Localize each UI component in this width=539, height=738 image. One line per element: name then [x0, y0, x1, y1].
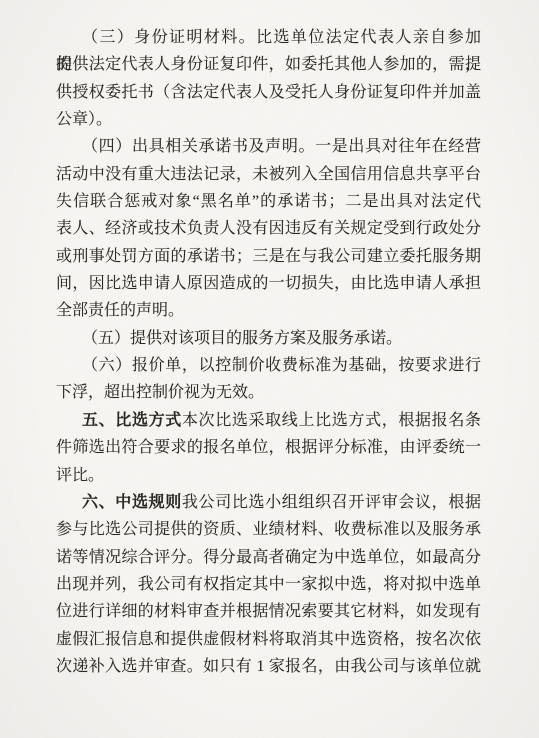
text-line: 评比。 [56, 462, 481, 489]
text-line: （五）提供对该项目的服务方案及服务承诺。 [56, 325, 481, 352]
text-line-rest: 本次比选采取线上比选方式，根据报名条 [182, 412, 481, 429]
text-line: 下浮，超出控制价视为无效。 [56, 379, 481, 406]
text-line-rest: 我公司比选小组组织召开评审会议，根据 [182, 494, 481, 511]
text-line: 失信联合惩戒对象“黑名单”的承诺书；二是出具对法定代 [56, 188, 481, 215]
text-line: 或刑事处罚方面的承诺书；三是在与我公司建立委托服务期 [56, 243, 481, 270]
text-line: 出现并列，我公司有权指定其中一家拟中选，将对拟中选单 [56, 571, 481, 598]
text-line: 五、比选方式本次比选采取线上比选方式，根据报名条 [56, 407, 481, 434]
scanned-document-page: （三）身份证明材料。比选单位法定代表人亲自参加的， 提供法定代表人身份证复印件，… [0, 0, 539, 738]
text-line: （六）报价单，以控制价收费标准为基础，按要求进行 [56, 352, 481, 379]
text-line: 位进行详细的材料审查并根据情况索要其它材料，如发现有 [56, 598, 481, 625]
text-line: 活动中没有重大违法记录，未被列入全国信用信息共享平台 [56, 161, 481, 188]
section-heading: 五、比选方式 [82, 412, 182, 429]
text-line: 全部责任的声明。 [56, 297, 481, 324]
text-line: 供授权委托书（含法定代表人及受托人身份证复印件并加盖 [56, 79, 481, 106]
text-line: 诺等情况综合评分。得分最高者确定为中选单位，如最高分 [56, 544, 481, 571]
section-heading: 六、中选规则 [82, 494, 182, 511]
text-line: 虚假汇报信息和提供虚假材料将取消其中选资格，按名次依 [56, 626, 481, 653]
text-line: 件筛选出符合要求的报名单位，根据评分标准，由评委统一 [56, 434, 481, 461]
text-line: 六、中选规则我公司比选小组组织召开评审会议，根据 [56, 489, 481, 516]
document-body-text: （三）身份证明材料。比选单位法定代表人亲自参加的， 提供法定代表人身份证复印件，… [56, 24, 481, 680]
text-line: 间，因比选申请人原因造成的一切损失，由比选申请人承担 [56, 270, 481, 297]
text-line: 次递补入选并审查。如只有 1 家报名，由我公司与该单位就 [56, 653, 481, 680]
text-line: 公章）。 [56, 106, 481, 133]
text-line: 参与比选公司提供的资质、业绩材料、收费标准以及服务承 [56, 516, 481, 543]
text-line: （四）出具相关承诺书及声明。一是出具对往年在经营 [56, 133, 481, 160]
text-line: 表人、经济或技术负责人没有因违反有关规定受到行政处分 [56, 215, 481, 242]
text-line: 提供法定代表人身份证复印件，如委托其他人参加的，需提 [56, 51, 481, 78]
text-line: （三）身份证明材料。比选单位法定代表人亲自参加的， [56, 24, 481, 51]
